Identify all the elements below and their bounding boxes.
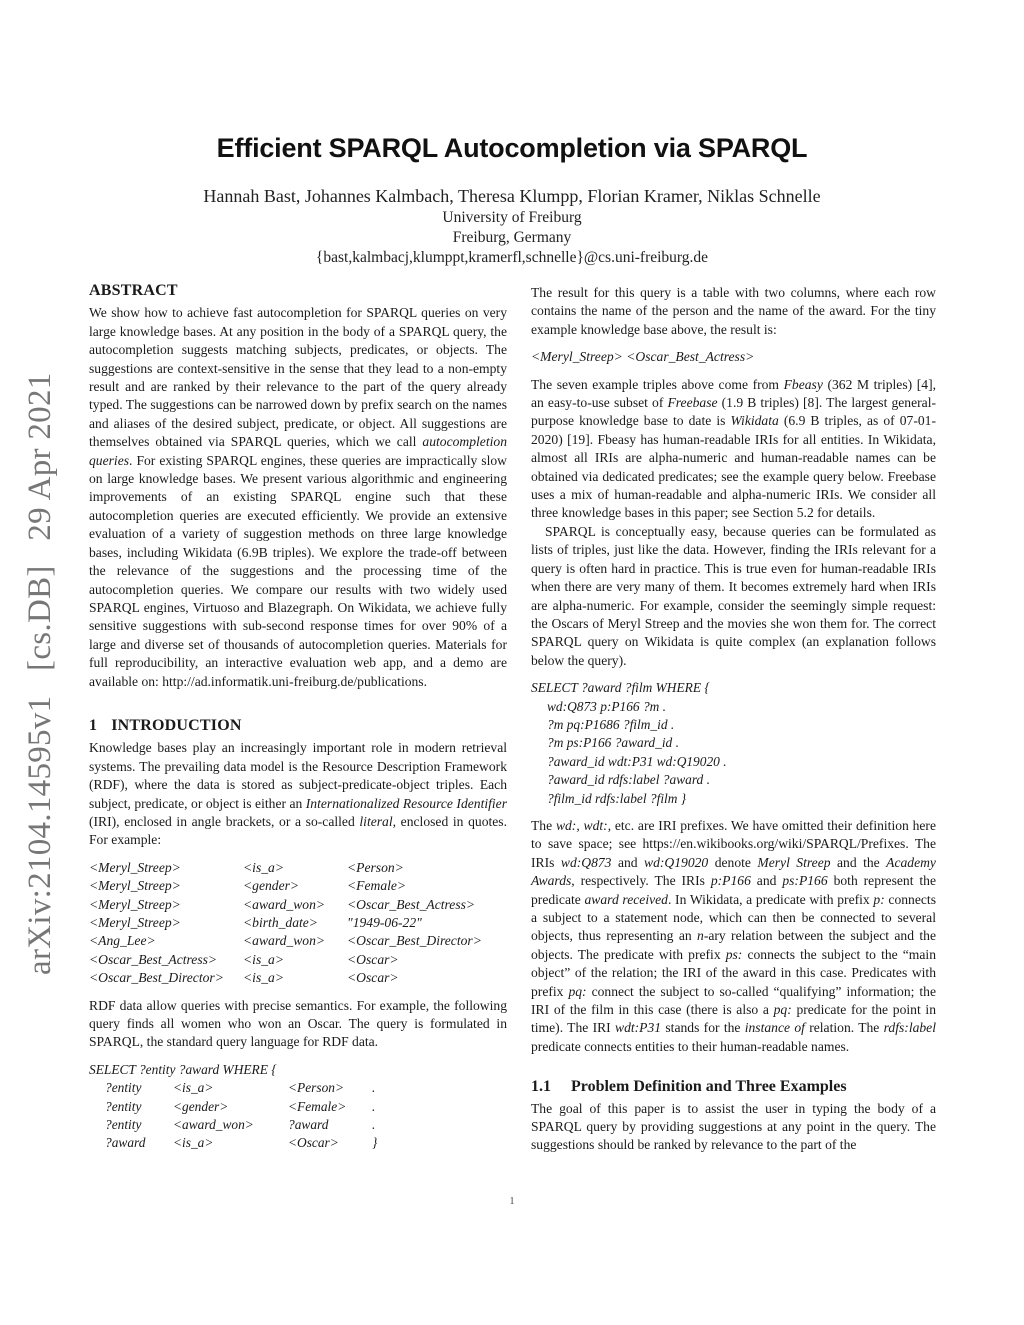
triple-subject: <Meryl_Streep> <box>89 859 243 877</box>
query-term: <Female> <box>288 1098 372 1116</box>
query-result: <Meryl_Streep> <Oscar_Best_Actress> <box>531 348 936 366</box>
triple-predicate: <award_won> <box>243 896 347 914</box>
triple-predicate: <is_a> <box>243 859 347 877</box>
intro-paragraph-4: The seven example triples above come fro… <box>531 376 936 523</box>
query-line: ?m ps:P166 ?award_id . <box>531 734 936 752</box>
location: Freiburg, Germany <box>0 229 1024 247</box>
triple-object: <Oscar> <box>347 969 507 987</box>
triple-object: <Female> <box>347 877 507 895</box>
triple-row: <Meryl_Streep><birth_date>"1949-06-22" <box>89 914 507 932</box>
query-term: <is_a> <box>173 1079 288 1097</box>
query-triple-row: ?entity<is_a><Person>. <box>89 1079 507 1097</box>
query-term: <Oscar> <box>288 1134 372 1152</box>
triple-row: <Meryl_Streep><gender><Female> <box>89 877 507 895</box>
arxiv-stamp: arXiv:2104.14595v1 [cs.DB] 29 Apr 2021 <box>22 356 59 975</box>
query-line: ?award_id wdt:P31 wd:Q19020 . <box>531 753 936 771</box>
query-term: ?award <box>105 1134 173 1152</box>
intro-paragraph-6: The wd:, wdt:, etc. are IRI prefixes. We… <box>531 817 936 1056</box>
query-line: ?m pq:P1686 ?film_id . <box>531 716 936 734</box>
triple-subject: <Oscar_Best_Director> <box>89 969 243 987</box>
triple-subject: <Oscar_Best_Actress> <box>89 951 243 969</box>
section-heading-introduction: 1INTRODUCTION <box>89 717 507 735</box>
triple-object: "1949-06-22" <box>347 914 507 932</box>
query-term: ?entity <box>105 1079 173 1097</box>
query-term: . <box>372 1098 392 1116</box>
affiliation: University of Freiburg <box>0 209 1024 227</box>
intro-paragraph-2: RDF data allow queries with precise sema… <box>89 997 507 1052</box>
author-list: Hannah Bast, Johannes Kalmbach, Theresa … <box>0 186 1024 207</box>
triple-object: <Oscar> <box>347 951 507 969</box>
triple-row: <Oscar_Best_Director><is_a><Oscar> <box>89 969 507 987</box>
triple-subject: <Meryl_Streep> <box>89 896 243 914</box>
query-triple-row: ?entity<gender><Female>. <box>89 1098 507 1116</box>
triple-subject: <Meryl_Streep> <box>89 914 243 932</box>
abstract-text: We show how to achieve fast autocompleti… <box>89 304 507 691</box>
triple-object: <Person> <box>347 859 507 877</box>
query-term: ?award <box>288 1116 372 1134</box>
query-line: ?film_id rdfs:label ?film } <box>531 790 936 808</box>
intro-paragraph-1: Knowledge bases play an increasingly imp… <box>89 739 507 849</box>
subsection-heading-1-1: 1.1Problem Definition and Three Examples <box>531 1078 936 1096</box>
triple-predicate: <is_a> <box>243 951 347 969</box>
paper-title: Efficient SPARQL Autocompletion via SPAR… <box>0 133 1024 164</box>
query-term: <gender> <box>173 1098 288 1116</box>
intro-paragraph-5: SPARQL is conceptually easy, because que… <box>531 523 936 670</box>
triple-row: <Meryl_Streep><award_won><Oscar_Best_Act… <box>89 896 507 914</box>
triple-subject: <Meryl_Streep> <box>89 877 243 895</box>
right-column: The result for this query is a table wit… <box>531 284 936 1155</box>
query-triple-row: ?award<is_a><Oscar>} <box>89 1134 507 1152</box>
query-line: ?award_id rdfs:label ?award . <box>531 771 936 789</box>
query-1-head: SELECT ?entity ?award WHERE { <box>89 1061 507 1079</box>
query-term: . <box>372 1079 392 1097</box>
triple-object: <Oscar_Best_Actress> <box>347 896 507 914</box>
query-term: . <box>372 1116 392 1134</box>
query-term: <is_a> <box>173 1134 288 1152</box>
example-triples-table: <Meryl_Streep><is_a><Person><Meryl_Stree… <box>89 859 507 988</box>
triple-predicate: <award_won> <box>243 932 347 950</box>
query-term: } <box>372 1134 392 1152</box>
triple-subject: <Ang_Lee> <box>89 932 243 950</box>
query-term: <award_won> <box>173 1116 288 1134</box>
arxiv-date: 29 Apr 2021 <box>22 372 58 540</box>
intro-paragraph-3: The result for this query is a table wit… <box>531 284 936 339</box>
sparql-query-1: SELECT ?entity ?award WHERE { ?entity<is… <box>89 1061 507 1153</box>
left-column: ABSTRACT We show how to achieve fast aut… <box>89 282 507 1153</box>
sparql-query-2: SELECT ?award ?film WHERE { wd:Q873 p:P1… <box>531 679 936 808</box>
arxiv-id: arXiv:2104.14595v1 <box>22 696 58 975</box>
triple-object: <Oscar_Best_Director> <box>347 932 507 950</box>
query-triple-row: ?entity<award_won>?award. <box>89 1116 507 1134</box>
query-line: wd:Q873 p:P166 ?m . <box>531 698 936 716</box>
query-term: ?entity <box>105 1098 173 1116</box>
page-number: 1 <box>0 1196 1024 1207</box>
arxiv-category: [cs.DB] <box>22 565 58 671</box>
subsection-1-1-text: The goal of this paper is to assist the … <box>531 1100 936 1155</box>
email: {bast,kalmbacj,klumppt,kramerfl,schnelle… <box>0 249 1024 267</box>
query-2-head: SELECT ?award ?film WHERE { <box>531 679 936 697</box>
triple-row: <Ang_Lee><award_won><Oscar_Best_Director… <box>89 932 507 950</box>
triple-predicate: <gender> <box>243 877 347 895</box>
triple-predicate: <is_a> <box>243 969 347 987</box>
triple-row: <Meryl_Streep><is_a><Person> <box>89 859 507 877</box>
query-term: ?entity <box>105 1116 173 1134</box>
triple-row: <Oscar_Best_Actress><is_a><Oscar> <box>89 951 507 969</box>
abstract-heading: ABSTRACT <box>89 282 507 300</box>
query-term: <Person> <box>288 1079 372 1097</box>
triple-predicate: <birth_date> <box>243 914 347 932</box>
